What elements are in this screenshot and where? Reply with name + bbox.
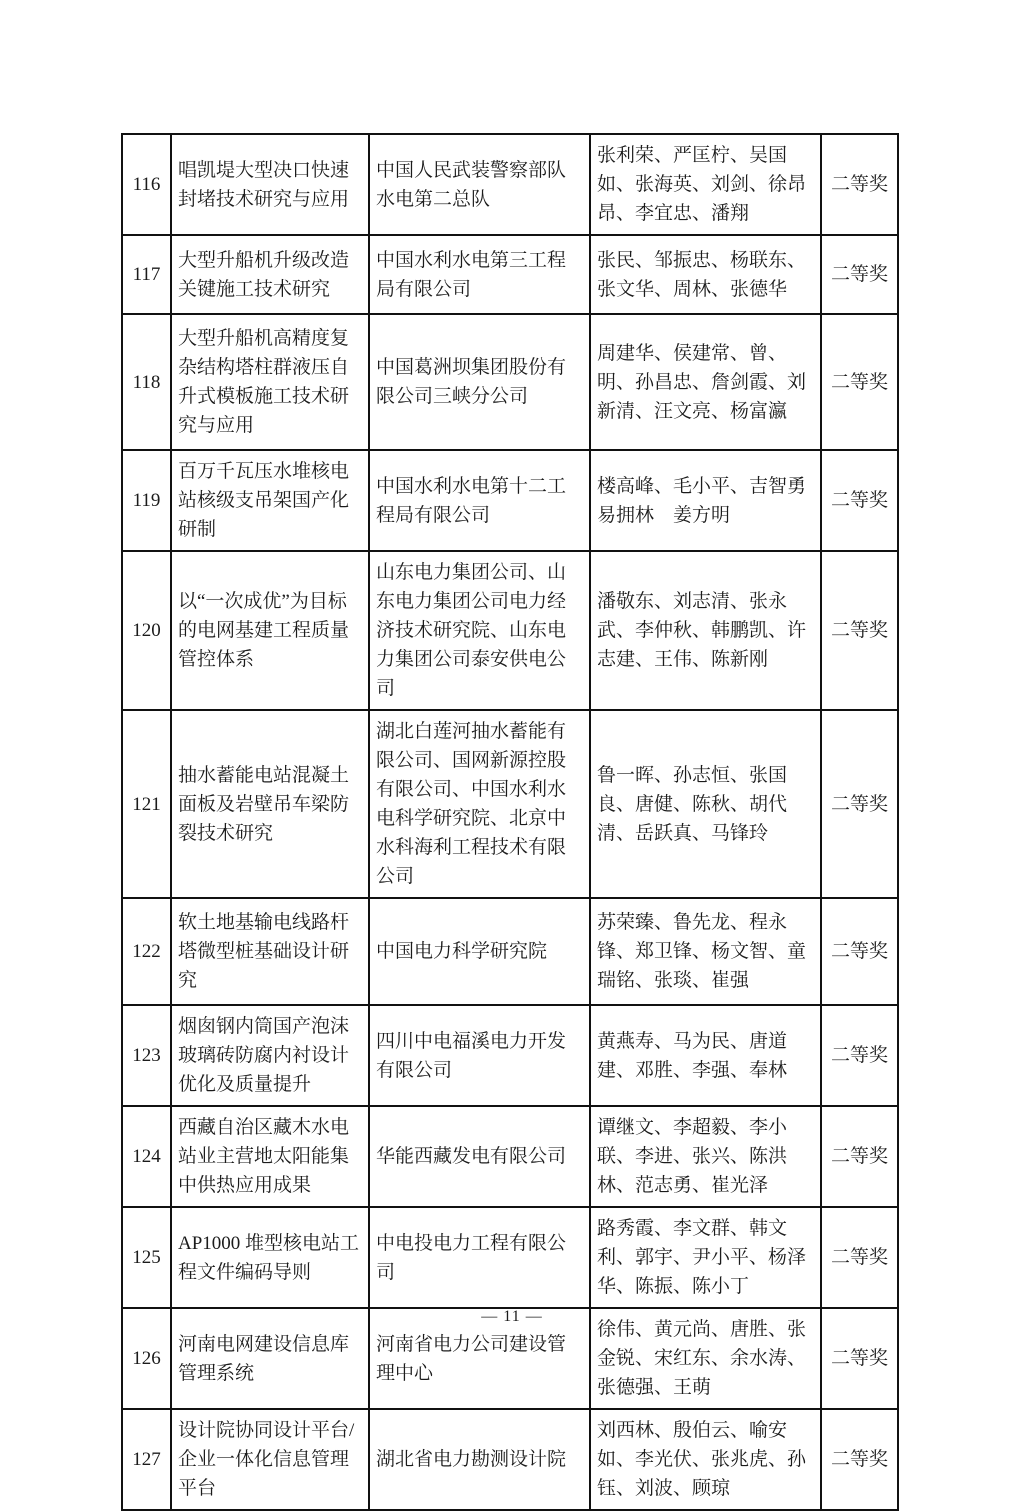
row-number-cell: 117 xyxy=(122,235,171,314)
project-name-cell: 西藏自治区藏木水电站业主营地太阳能集中供热应用成果 xyxy=(171,1106,369,1207)
row-number-cell: 124 xyxy=(122,1106,171,1207)
table-row: 121 抽水蓄能电站混凝土面板及岩壁吊车梁防裂技术研究 湖北白莲河抽水蓄能有限公… xyxy=(122,710,898,898)
project-name-cell: 抽水蓄能电站混凝土面板及岩壁吊车梁防裂技术研究 xyxy=(171,710,369,898)
organization-cell: 山东电力集团公司、山东电力集团公司电力经济技术研究院、山东电力集团公司泰安供电公… xyxy=(369,551,590,710)
organization-cell: 中国人民武装警察部队水电第二总队 xyxy=(369,134,590,235)
row-number-cell: 127 xyxy=(122,1409,171,1510)
row-number-cell: 125 xyxy=(122,1207,171,1308)
table-row: 117 大型升船机升级改造关键施工技术研究 中国水利水电第三工程局有限公司 张民… xyxy=(122,235,898,314)
award-level-cell: 二等奖 xyxy=(821,314,898,450)
row-number-cell: 119 xyxy=(122,450,171,551)
organization-cell: 中国水利水电第三工程局有限公司 xyxy=(369,235,590,314)
table-row: 120 以“一次成优”为目标的电网基建工程质量管控体系 山东电力集团公司、山东电… xyxy=(122,551,898,710)
project-name-cell: 以“一次成优”为目标的电网基建工程质量管控体系 xyxy=(171,551,369,710)
people-names-cell: 谭继文、李超毅、李小联、李进、张兴、陈洪林、范志勇、崔光泽 xyxy=(590,1106,821,1207)
people-names-cell: 周建华、侯建常、曾、明、孙昌忠、詹剑霞、刘新清、汪文亮、杨富瀛 xyxy=(590,314,821,450)
table-row: 123 烟囱钢内筒国产泡沫玻璃砖防腐内衬设计优化及质量提升 四川中电福溪电力开发… xyxy=(122,1005,898,1106)
award-level-cell: 二等奖 xyxy=(821,1005,898,1106)
project-name-cell: 大型升船机升级改造关键施工技术研究 xyxy=(171,235,369,314)
award-level-cell: 二等奖 xyxy=(821,1207,898,1308)
document-page: 116 唱凯堤大型决口快速封堵技术研究与应用 中国人民武装警察部队水电第二总队 … xyxy=(0,0,1024,1448)
table-row: 119 百万千瓦压水堆核电站核级支吊架国产化研制 中国水利水电第十二工程局有限公… xyxy=(122,450,898,551)
award-level-cell: 二等奖 xyxy=(821,1106,898,1207)
project-name-cell: 软土地基输电线路杆塔微型桩基础设计研究 xyxy=(171,898,369,1005)
table-row: 118 大型升船机高精度复杂结构塔柱群液压自升式模板施工技术研究与应用 中国葛洲… xyxy=(122,314,898,450)
project-name-cell: 百万千瓦压水堆核电站核级支吊架国产化研制 xyxy=(171,450,369,551)
people-names-cell: 鲁一晖、孙志恒、张国良、唐健、陈秋、胡代清、岳跃真、马锋玲 xyxy=(590,710,821,898)
people-names-cell: 楼高峰、毛小平、吉智勇 易拥林 姜方明 xyxy=(590,450,821,551)
row-number-cell: 118 xyxy=(122,314,171,450)
row-number-cell: 122 xyxy=(122,898,171,1005)
award-level-cell: 二等奖 xyxy=(821,450,898,551)
organization-cell: 四川中电福溪电力开发有限公司 xyxy=(369,1005,590,1106)
people-names-cell: 苏荣臻、鲁先龙、程永锋、郑卫锋、杨文智、童瑞铭、张琰、崔强 xyxy=(590,898,821,1005)
award-level-cell: 二等奖 xyxy=(821,134,898,235)
organization-cell: 中国电力科学研究院 xyxy=(369,898,590,1005)
award-table: 116 唱凯堤大型决口快速封堵技术研究与应用 中国人民武装警察部队水电第二总队 … xyxy=(121,133,899,1511)
project-name-cell: 大型升船机高精度复杂结构塔柱群液压自升式模板施工技术研究与应用 xyxy=(171,314,369,450)
page-number: — 11 — xyxy=(0,1308,1024,1326)
table-row: 122 软土地基输电线路杆塔微型桩基础设计研究 中国电力科学研究院 苏荣臻、鲁先… xyxy=(122,898,898,1005)
award-table-body: 116 唱凯堤大型决口快速封堵技术研究与应用 中国人民武装警察部队水电第二总队 … xyxy=(122,134,898,1510)
award-level-cell: 二等奖 xyxy=(821,1409,898,1510)
project-name-cell: 唱凯堤大型决口快速封堵技术研究与应用 xyxy=(171,134,369,235)
project-name-cell: 设计院协同设计平台/企业一体化信息管理平台 xyxy=(171,1409,369,1510)
table-row: 124 西藏自治区藏木水电站业主营地太阳能集中供热应用成果 华能西藏发电有限公司… xyxy=(122,1106,898,1207)
award-level-cell: 二等奖 xyxy=(821,235,898,314)
award-level-cell: 二等奖 xyxy=(821,710,898,898)
people-names-cell: 刘西林、殷伯云、喻安如、李光伏、张兆虎、孙钰、刘波、顾琼 xyxy=(590,1409,821,1510)
people-names-cell: 路秀霞、李文群、韩文利、郭宇、尹小平、杨泽华、陈振、陈小丁 xyxy=(590,1207,821,1308)
project-name-cell: 烟囱钢内筒国产泡沫玻璃砖防腐内衬设计优化及质量提升 xyxy=(171,1005,369,1106)
row-number-cell: 120 xyxy=(122,551,171,710)
award-level-cell: 二等奖 xyxy=(821,898,898,1005)
people-names-cell: 黄燕寿、马为民、唐道建、邓胜、李强、奉林 xyxy=(590,1005,821,1106)
organization-cell: 华能西藏发电有限公司 xyxy=(369,1106,590,1207)
project-name-cell: AP1000 堆型核电站工程文件编码导则 xyxy=(171,1207,369,1308)
table-row: 127 设计院协同设计平台/企业一体化信息管理平台 湖北省电力勘测设计院 刘西林… xyxy=(122,1409,898,1510)
organization-cell: 中电投电力工程有限公司 xyxy=(369,1207,590,1308)
organization-cell: 中国葛洲坝集团股份有限公司三峡分公司 xyxy=(369,314,590,450)
people-names-cell: 潘敬东、刘志清、张永武、李仲秋、韩鹏凯、许志建、王伟、陈新刚 xyxy=(590,551,821,710)
people-names-cell: 张民、邹振忠、杨联东、张文华、周林、张德华 xyxy=(590,235,821,314)
table-row: 116 唱凯堤大型决口快速封堵技术研究与应用 中国人民武装警察部队水电第二总队 … xyxy=(122,134,898,235)
organization-cell: 湖北省电力勘测设计院 xyxy=(369,1409,590,1510)
row-number-cell: 116 xyxy=(122,134,171,235)
organization-cell: 湖北白莲河抽水蓄能有限公司、国网新源控股有限公司、中国水利水电科学研究院、北京中… xyxy=(369,710,590,898)
award-level-cell: 二等奖 xyxy=(821,551,898,710)
table-row: 125 AP1000 堆型核电站工程文件编码导则 中电投电力工程有限公司 路秀霞… xyxy=(122,1207,898,1308)
people-names-cell: 张利荣、严匡柠、吴国如、张海英、刘剑、徐昂昂、李宜忠、潘翔 xyxy=(590,134,821,235)
row-number-cell: 121 xyxy=(122,710,171,898)
row-number-cell: 123 xyxy=(122,1005,171,1106)
organization-cell: 中国水利水电第十二工程局有限公司 xyxy=(369,450,590,551)
